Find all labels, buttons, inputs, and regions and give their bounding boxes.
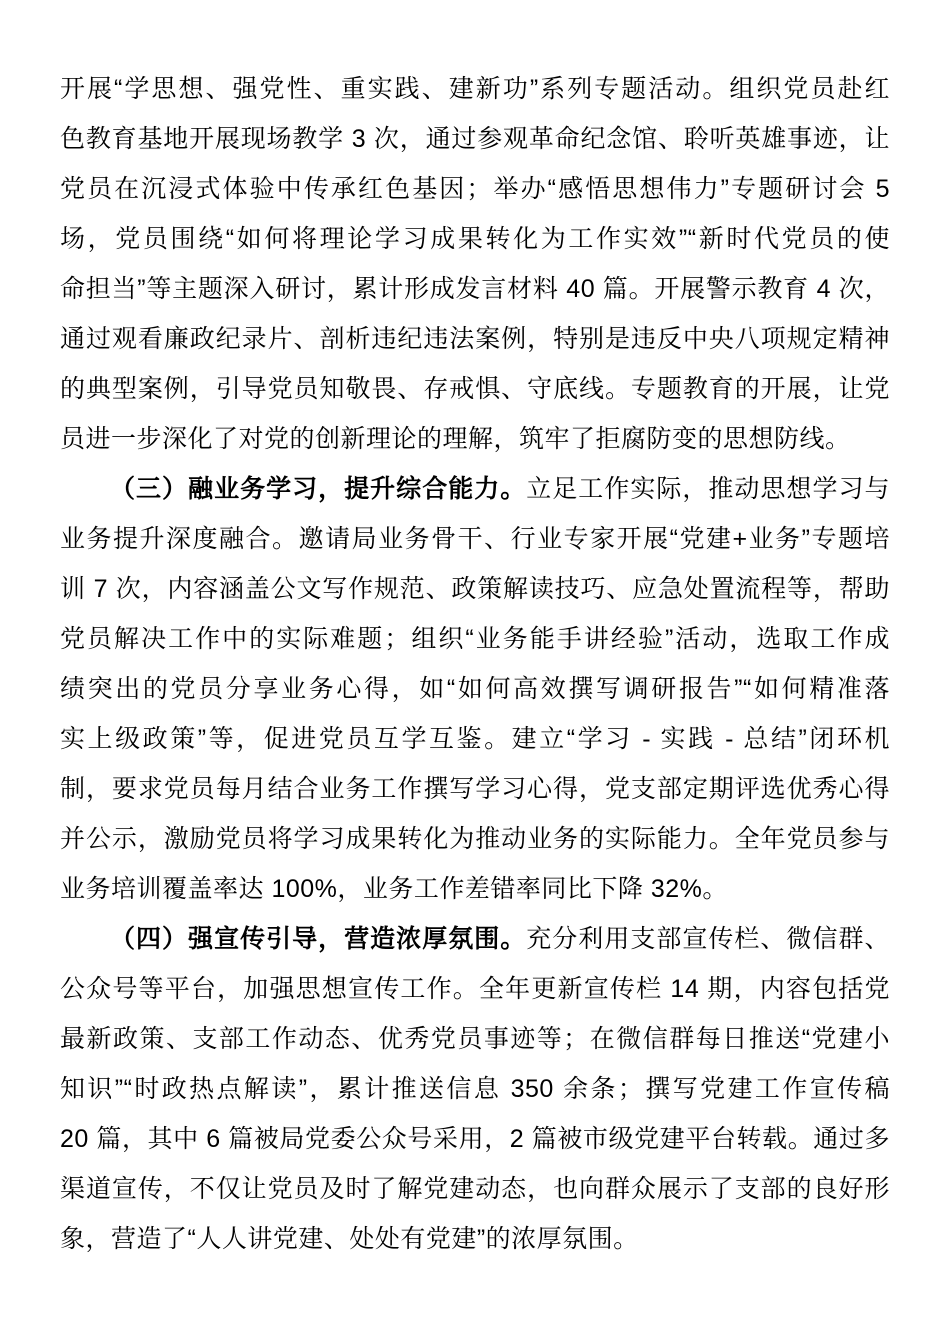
text-line: 最新政策、支部工作动态、优秀党员事迹等；在微信群每日推送“党建小 (60, 1014, 890, 1064)
text-line: （三）融业务学习，提升综合能力。立足工作实际，推动思想学习与 (60, 464, 890, 514)
text-line: 色教育基地开展现场教学 3 次，通过参观革命纪念馆、聆听英雄事迹，让 (60, 114, 890, 164)
document-page: 开展“学思想、强党性、重实践、建新功”系列专题活动。组织党员赴红色教育基地开展现… (0, 0, 950, 1344)
text-line: 渠道宣传，不仅让党员及时了解党建动态，也向群众展示了支部的良好形 (60, 1164, 890, 1214)
text-line: 训 7 次，内容涵盖公文写作规范、政策解读技巧、应急处置流程等，帮助 (60, 564, 890, 614)
text-line: 并公示，激励党员将学习成果转化为推动业务的实际能力。全年党员参与 (60, 814, 890, 864)
text-line: 通过观看廉政纪录片、剖析违纪违法案例，特别是违反中央八项规定精神 (60, 314, 890, 364)
text-line: 场，党员围绕“如何将理论学习成果转化为工作实效”“新时代党员的使 (60, 214, 890, 264)
text-line: 党员解决工作中的实际难题；组织“业务能手讲经验”活动，选取工作成 (60, 614, 890, 664)
text-line: 绩突出的党员分享业务心得，如“如何高效撰写调研报告”“如何精准落 (60, 664, 890, 714)
text-line: 知识”“时政热点解读”，累计推送信息 350 余条；撰写党建工作宣传稿 (60, 1064, 890, 1114)
text-line: 党员在沉浸式体验中传承红色基因；举办“感悟思想伟力”专题研讨会 5 (60, 164, 890, 214)
text-line: （四）强宣传引导，营造浓厚氛围。充分利用支部宣传栏、微信群、 (60, 914, 890, 964)
text-line: 公众号等平台，加强思想宣传工作。全年更新宣传栏 14 期，内容包括党的 (60, 964, 890, 1014)
text-line: 制，要求党员每月结合业务工作撰写学习心得，党支部定期评选优秀心得 (60, 764, 890, 814)
text-line: 象，营造了“人人讲党建、处处有党建”的浓厚氛围。 (60, 1214, 890, 1264)
section-heading: （三）融业务学习，提升综合能力。 (110, 475, 526, 503)
text-line: 员进一步深化了对党的创新理论的理解，筑牢了拒腐防变的思想防线。 (60, 414, 890, 464)
text-line: 的典型案例，引导党员知敬畏、存戒惧、守底线。专题教育的开展，让党 (60, 364, 890, 414)
text-line: 开展“学思想、强党性、重实践、建新功”系列专题活动。组织党员赴红 (60, 64, 890, 114)
text-line: 实上级政策”等，促进党员互学互鉴。建立“学习 - 实践 - 总结”闭环机 (60, 714, 890, 764)
text-line: 业务培训覆盖率达 100%，业务工作差错率同比下降 32%。 (60, 864, 890, 914)
text-line: 命担当”等主题深入研讨，累计形成发言材料 40 篇。开展警示教育 4 次， (60, 264, 890, 314)
text-line: 20 篇，其中 6 篇被局党委公众号采用，2 篇被市级党建平台转载。通过多 (60, 1114, 890, 1164)
text-line: 业务提升深度融合。邀请局业务骨干、行业专家开展“党建+业务”专题培 (60, 514, 890, 564)
document-body: 开展“学思想、强党性、重实践、建新功”系列专题活动。组织党员赴红色教育基地开展现… (60, 64, 890, 1264)
section-heading: （四）强宣传引导，营造浓厚氛围。 (110, 925, 526, 953)
